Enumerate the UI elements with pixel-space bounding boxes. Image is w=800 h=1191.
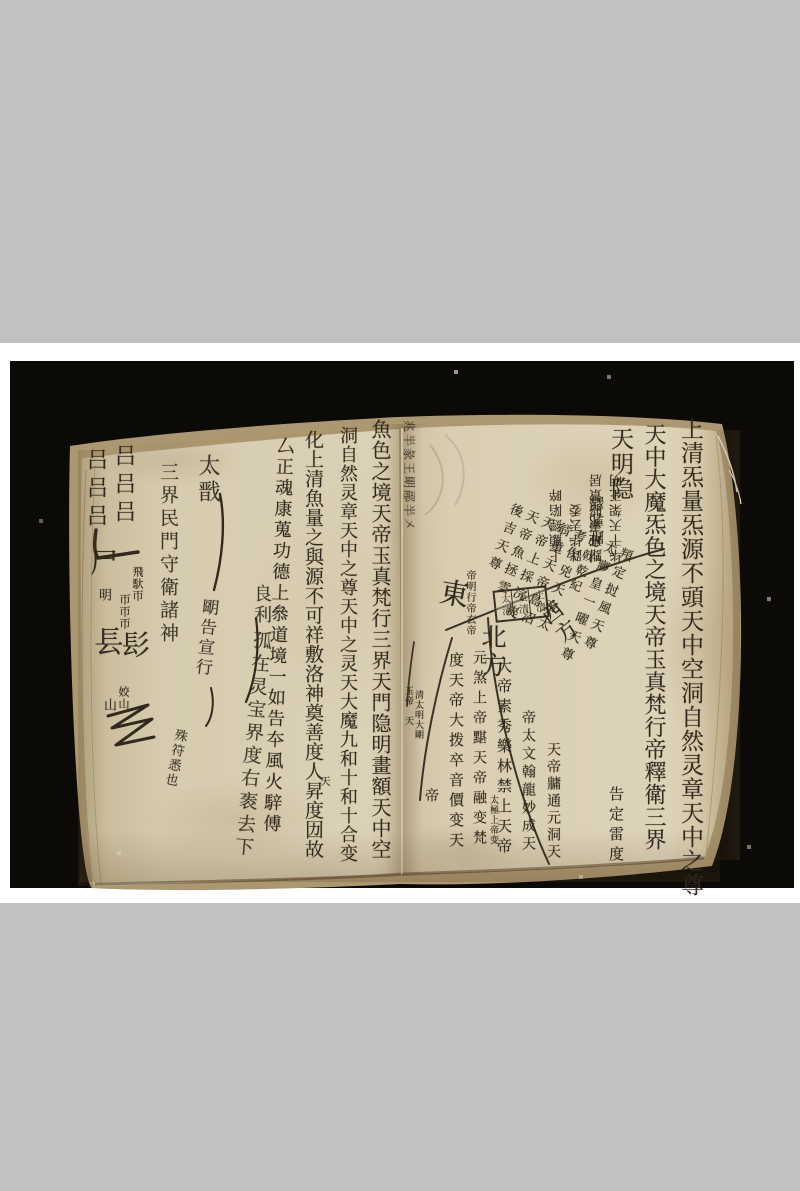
right-page-column-1: 上清炁量炁源不頭天中空洞自然灵章天中之尊 [678,417,701,897]
diagram-small-note: 清太明大朙 [413,690,422,740]
photo-dust-specks [0,0,2,2]
talisman-glyph-shan: 山 [102,698,115,712]
diagram-lower-column: 大帝素秀樂林禁上天帝 [496,658,511,858]
diagram-small-note: 玉帝𠬸天 [403,686,412,726]
cursive-note-sanjie: 三界民門守衛諸神 [158,462,177,646]
talisman-glyph-shi: 尸 [88,548,116,577]
left-page-column-3: 化上清魚量之與源不可祥敷洛神奠善度人昇度㘞故 [303,430,322,859]
inverted-column: 毕干天架王明 [611,414,624,562]
talisman-glyph-cursive-1: 镸 [90,626,120,657]
talisman-glyph-ming: 明 [97,588,110,602]
diagram-small-note: 太極上帝变 [488,795,497,845]
screenshot-root: { "meta": { "artifact_description": "Pho… [0,0,800,1191]
diagram-lower-column: 帝 [424,788,438,803]
diagram-lower-column: 度天帝大拨卒音價变天 [448,652,463,852]
diagram-lower-column: 元煞上帝黮天帝融变梵 [472,650,486,850]
left-page-column-2: 洞自然灵章天中之尊天中之灵天大魔九和十和十合变 [338,426,356,863]
talisman-small-label: 飛馱帀 [132,566,143,602]
diagram-lower-column: 帝太文翰龍妙成天 [521,710,535,854]
diagram-lower-column: 告定雷度 [608,786,623,866]
spine-sideways-column: 兆半彖王朙䣓半㐅 [403,420,415,532]
talisman-glyph-stack-1: 吕吕吕 [84,448,106,532]
cursive-note-taijian: 太戬 [196,454,218,506]
talisman-glyph-stack-2: 吕吕吕 [112,444,134,528]
left-page-column-1: 魚色之境天帝玉真梵行三界天門隐明畫額天中空 [370,419,390,860]
talisman-small-label: 帀帀帀 [119,594,130,630]
right-page-column-2: 天中大魔炁色之境天帝玉真梵行帝釋衛三界 [642,423,664,851]
left-page-column-3-note: 天 [318,776,328,787]
diagram-lower-column: 天帝牅通元洞天 [546,742,560,861]
cursive-note-liangli: 良利 [252,584,270,626]
talisman-small-label: 姣山 [118,686,129,710]
talisman-glyph-cursive-2: 髟 [120,630,148,659]
